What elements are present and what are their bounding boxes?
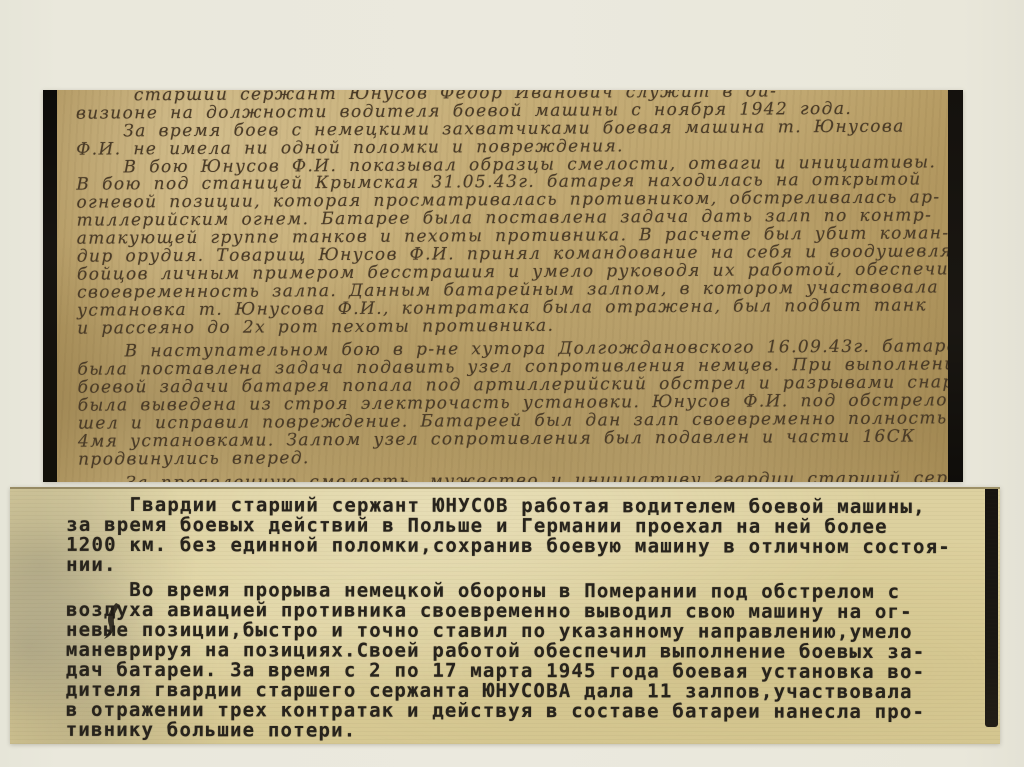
handwritten-document-scan: старший сержант Юнусов Федор Иванович сл… bbox=[43, 90, 963, 482]
typewritten-line: дач батареи. За время с 2 по 17 марта 19… bbox=[66, 659, 972, 681]
ink-blot-mark bbox=[102, 601, 128, 641]
typewritten-line: воздуха авиацией противника своевременно… bbox=[66, 599, 972, 621]
scan-black-edge-right bbox=[985, 489, 998, 727]
scan-black-edge-left bbox=[43, 90, 58, 482]
typewritten-document-scan: Гвардии старший сержант ЮНУСОВ работая в… bbox=[10, 487, 1000, 744]
handwritten-paper: старший сержант Юнусов Федор Иванович сл… bbox=[57, 90, 948, 482]
typewritten-line: невые позиции,быстро и точно ставил по у… bbox=[66, 619, 972, 641]
typewritten-line: Во время прорыва немецкой обороны в Поме… bbox=[66, 579, 972, 601]
typewritten-line: дителя гвардии старшего сержанта ЮНУСОВА… bbox=[66, 679, 972, 701]
typewritten-line: в отражении трех контратак и действуя в … bbox=[66, 699, 972, 721]
typewritten-text-block: Гвардии старший сержант ЮНУСОВ работая в… bbox=[66, 494, 973, 741]
typewritten-line: за время боевых действий в Польше и Герм… bbox=[66, 514, 972, 536]
handwritten-text-block: старший сержант Юнусов Федор Иванович сл… bbox=[76, 90, 943, 482]
typewritten-line: Гвардии старший сержант ЮНУСОВ работая в… bbox=[66, 494, 972, 516]
presentation-slide: старший сержант Юнусов Федор Иванович сл… bbox=[0, 0, 1024, 767]
scan-black-edge-right bbox=[947, 90, 963, 482]
typewritten-line: маневрируя на позициях.Своей работой обе… bbox=[66, 639, 972, 661]
handwritten-line: За проявленную смелость, мужество и иниц… bbox=[78, 468, 943, 482]
typewritten-line: 1200 км. без единной поломки,сохранив бо… bbox=[66, 534, 972, 556]
